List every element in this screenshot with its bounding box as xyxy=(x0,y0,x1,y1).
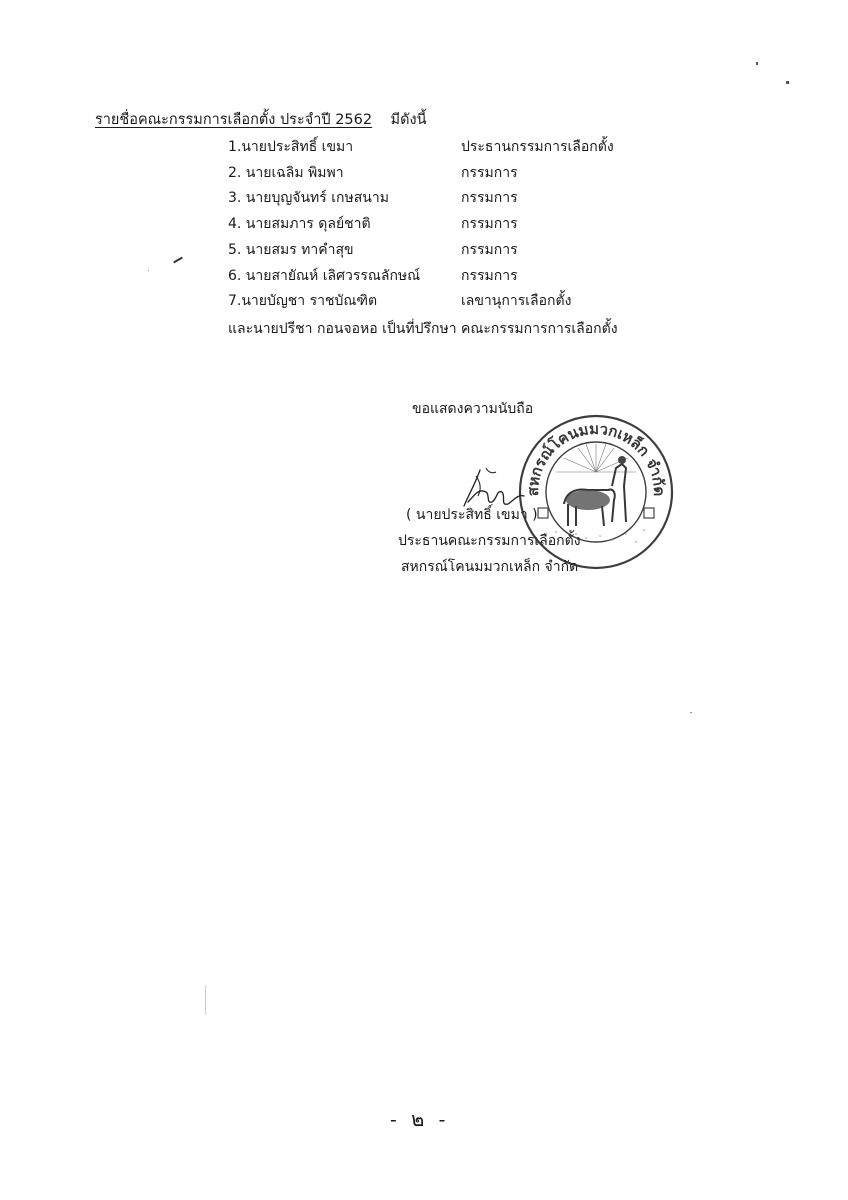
committee-member-role: เลขานุการเลือกตั้ง xyxy=(461,292,571,310)
closing-salutation: ขอแสดงความนับถือ xyxy=(412,398,533,420)
committee-member-role: กรรมการ xyxy=(461,164,518,182)
committee-member-role: กรรมการ xyxy=(461,267,518,285)
heading-suffix: มีดังนี้ xyxy=(391,112,427,128)
committee-member-name: 3. นายบุญจันทร์ เกษสนาม xyxy=(228,189,389,207)
cooperative-seal-icon: สหกรณ์โคนมมวกเหล็ก จำกัด xyxy=(516,412,676,572)
scan-speck xyxy=(756,62,758,65)
document-heading: รายชื่อคณะกรรมการเลือกตั้ง ประจำปี 2562 … xyxy=(95,108,427,131)
advisor-line: และนายปรีชา กอนจอหอ เป็นที่ปรึกษา คณะกรร… xyxy=(228,318,618,340)
committee-member-name: 7.นายบัญชา ราชบัณฑิต xyxy=(228,292,377,310)
scan-speck xyxy=(173,257,183,264)
committee-member-name: 4. นายสมภาร ดุลย์ชาติ xyxy=(228,215,371,233)
committee-member-role: กรรมการ xyxy=(461,215,518,233)
committee-member-role: ประธานกรรมการเลือกตั้ง xyxy=(461,138,614,156)
heading-title: รายชื่อคณะกรรมการเลือกตั้ง ประจำปี 2562 xyxy=(95,112,372,128)
scan-speck xyxy=(690,712,692,713)
document-page: รายชื่อคณะกรรมการเลือกตั้ง ประจำปี 2562 … xyxy=(0,0,848,1200)
committee-member-name: 5. นายสมร ทาคำสุข xyxy=(228,241,354,259)
committee-member-name: 6. นายสายัณห์ เลิศวรรณลักษณ์ xyxy=(228,267,420,285)
scan-speck xyxy=(205,985,206,1015)
committee-member-role: กรรมการ xyxy=(461,189,518,207)
committee-member-name: 2. นายเฉลิม พิมพา xyxy=(228,164,344,182)
committee-member-name: 1.นายประสิทธิ์ เขมา xyxy=(228,138,353,156)
scan-speck xyxy=(148,270,149,271)
committee-member-role: กรรมการ xyxy=(461,241,518,259)
page-number: - ๒ - xyxy=(390,1103,449,1135)
scan-speck xyxy=(786,81,789,84)
